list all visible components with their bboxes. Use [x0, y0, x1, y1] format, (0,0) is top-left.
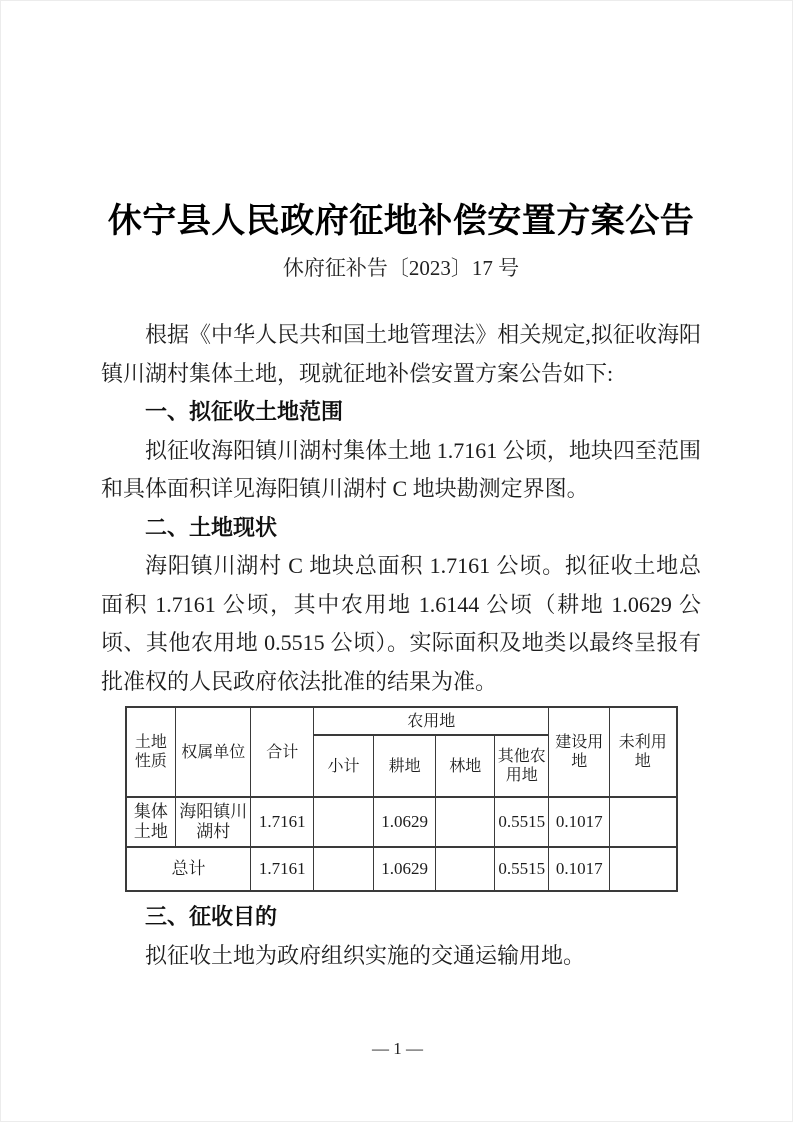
cell-agri-subtotal [314, 847, 374, 891]
section-3-heading: 三、征收目的 [101, 898, 701, 937]
cell-other-agri: 0.5515 [495, 797, 549, 847]
document-number: 休府征补告〔2023〕17 号 [101, 254, 701, 282]
section-1-body: 拟征收海阳镇川湖村集体土地 1.7161 公顷，地块四至范围和具体面积详见海阳镇… [101, 432, 701, 509]
header-land-nature: 土地性质 [126, 707, 176, 797]
header-other-agricultural-land: 其他农用地 [495, 735, 549, 797]
cell-ownership-unit: 海阳镇川湖村 [176, 797, 251, 847]
header-total: 合计 [251, 707, 314, 797]
cell-grand-total-label: 总计 [126, 847, 251, 891]
cell-cultivated: 1.0629 [373, 847, 436, 891]
section-1-heading: 一、拟征收土地范围 [101, 393, 701, 432]
document-content: 休宁县人民政府征地补偿安置方案公告 休府征补告〔2023〕17 号 根据《中华人… [101, 1, 701, 975]
cell-construction: 0.1017 [549, 797, 610, 847]
table-row-collective-land: 集体土地 海阳镇川湖村 1.7161 1.0629 0.5515 0.1017 [126, 797, 677, 847]
header-construction-land: 建设用地 [549, 707, 610, 797]
header-agri-subtotal: 小计 [314, 735, 374, 797]
document-page: 休宁县人民政府征地补偿安置方案公告 休府征补告〔2023〕17 号 根据《中华人… [0, 0, 793, 1122]
header-agricultural-land: 农用地 [314, 707, 549, 735]
header-forest-land: 林地 [436, 735, 495, 797]
section-2-heading: 二、土地现状 [101, 509, 701, 548]
header-unused-land: 未利用地 [610, 707, 677, 797]
cell-other-agri: 0.5515 [495, 847, 549, 891]
section-2-body: 海阳镇川湖村 C 地块总面积 1.7161 公顷。拟征收土地总面积 1.7161… [101, 547, 701, 701]
cell-forest [436, 797, 495, 847]
cell-construction: 0.1017 [549, 847, 610, 891]
cell-unused [610, 797, 677, 847]
cell-unused [610, 847, 677, 891]
table-row-grand-total: 总计 1.7161 1.0629 0.5515 0.1017 [126, 847, 677, 891]
document-title: 休宁县人民政府征地补偿安置方案公告 [101, 200, 701, 244]
cell-total: 1.7161 [251, 847, 314, 891]
header-cultivated-land: 耕地 [373, 735, 436, 797]
header-ownership-unit: 权属单位 [176, 707, 251, 797]
cell-forest [436, 847, 495, 891]
cell-land-nature: 集体土地 [126, 797, 176, 847]
cell-agri-subtotal [314, 797, 374, 847]
cell-cultivated: 1.0629 [373, 797, 436, 847]
page-number: — 1 — [1, 1039, 793, 1059]
section-3-body: 拟征收土地为政府组织实施的交通运输用地。 [101, 937, 701, 976]
intro-paragraph: 根据《中华人民共和国土地管理法》相关规定,拟征收海阳镇川湖村集体土地，现就征地补… [101, 316, 701, 393]
land-area-table: 土地性质 权属单位 合计 农用地 建设用地 未利用地 小计 耕地 林地 其他农用… [125, 706, 678, 892]
cell-total: 1.7161 [251, 797, 314, 847]
